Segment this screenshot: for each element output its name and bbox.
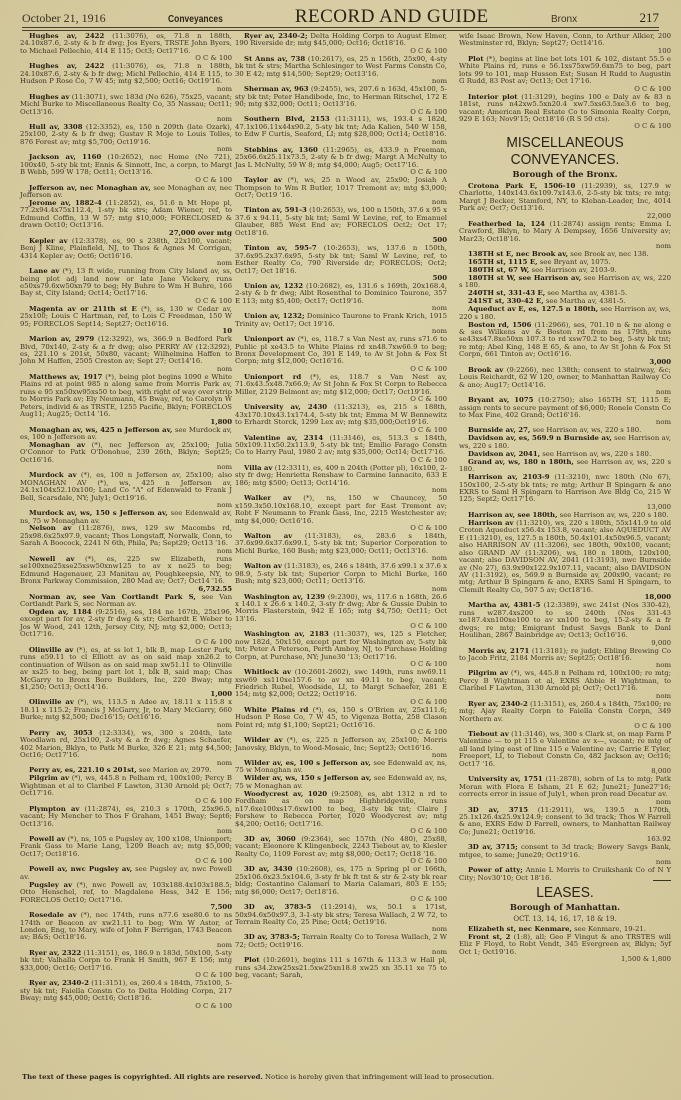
entry-address: Perry av, es, 221.10 s 201st,	[29, 766, 137, 774]
borough-label: Bronx	[551, 14, 577, 25]
listing-entry: Lane av (*), 13 ft wide, running from Ci…	[20, 268, 232, 305]
listing-entry: Olinville av (*), ws, 113.5 n Adee av, 1…	[20, 699, 232, 729]
listing-entry: Bryant av, 1075 (10:2750); also 165TH ST…	[459, 397, 671, 427]
listing-entry: Wilder av (*), es, 225 n Jefferson av, 2…	[235, 737, 447, 759]
listing-entry: Monaghan av (*), nec Jefferson av, 25x10…	[20, 442, 232, 472]
listing-entry: Boston rd, 1506 (11:2966), ses, 701.10 n…	[459, 322, 671, 367]
listing-entry: 3D av, 3783-5; Terrain Realty Co to Tere…	[235, 934, 447, 956]
listing-entry: Washington av, 2183 (11:3037), ws, 125 s…	[235, 631, 447, 668]
misc-borough-heading: Borough of the Bronx.	[459, 169, 671, 180]
issue-date: October 21, 1916	[22, 11, 106, 26]
listing-entry: White Plains rd (*), es, 150 s O'Brien a…	[235, 707, 447, 737]
entry-details: see Kenmare, 19-21.	[572, 925, 646, 933]
listing-entry: Wilder av, es, 100 s Jefferson av, see E…	[235, 760, 447, 775]
listing-entry: Murdock av (*), es, 100 n Jefferson av, …	[20, 472, 232, 509]
listing-entry: Brook av (9:2266), nec 138th; consent to…	[459, 367, 671, 397]
listing-entry: 3D av, 3715; consent to 3d track; Bowery…	[459, 844, 671, 866]
listing-entry: Norman av, see Van Cortlandt Park S, see…	[20, 594, 232, 609]
listing-entry: Marion av, 2979 (12:3292), ws, 366.9 n B…	[20, 336, 232, 373]
newspaper-page: October 21, 1916 Conveyances RECORD AND …	[0, 0, 681, 1100]
listing-entry: Sherman av, 963 (9:2455), ws, 207.6 n 16…	[235, 86, 447, 116]
leases-heading: LEASES.	[467, 884, 662, 901]
listing-entry: St Anns av, 738 (10:2617), es, 25 n 156t…	[235, 56, 447, 86]
listing-entry: Morris av, 2171 (11:3181); re judgt; Ebl…	[459, 648, 671, 670]
entry-address: 241ST st, 330-42 E,	[468, 297, 544, 305]
entry-amount: O C & 100	[20, 1003, 232, 1010]
listing-entry: Unionport rd (*), es, 118.7 s Van Nest a…	[235, 374, 447, 404]
entry-address: Powell av, nwc Pugsley av,	[29, 865, 132, 873]
column-middle: Ryer av, 2340-2; Delta Holding Corpn to …	[235, 33, 447, 980]
page-number: 217	[639, 10, 659, 26]
listing-entry: Nelson av (11:2876), nws, 129 sw Macombs…	[20, 525, 232, 555]
listing-entry: 3D av, 3715 (11:2911), ws, 139.5 n 170th…	[459, 807, 671, 844]
entry-details: see Martha av, 4381-5.	[544, 297, 626, 305]
listing-entry: Perry av, 3053 (12:3334), ws, 300 s 204t…	[20, 730, 232, 767]
entry-details: see Bryant av, 1075.	[538, 258, 611, 266]
listing-entry: Martha av, 4381-5 (12:3389), swc 241st (…	[459, 602, 671, 647]
listing-entry: Hughes av, 2422 (11:3076), es, 71.8 n 18…	[20, 33, 232, 63]
entry-details: see Harrison av, ws, 220 s 180.	[557, 511, 668, 519]
listing-entry: Monaghan av, ws, 425 n Jefferson av, see…	[20, 427, 232, 442]
listing-entry: Hughes av, 2422 (11:3076), es, 71.8 n 18…	[20, 63, 232, 93]
listing-entry: Matthews av, 1917 (*), being plot begins…	[20, 374, 232, 426]
entry-address: 138TH st E, nec Brook av,	[468, 250, 568, 258]
listing-entry: Hull av, 3308 (12:3352), es, 150 n 209th…	[20, 124, 232, 154]
listing-entry: Jackson av, 1160 (10:2652), nec Home (No…	[20, 154, 232, 184]
listing-entry: Ryer av, 2340-2 (11:3151), es, 260.4 s 1…	[459, 701, 671, 731]
listing-entry: Jefferson av, nec Monaghan av, see Monag…	[20, 185, 232, 200]
entry-address: 180TH st, 67 W,	[468, 266, 529, 274]
listing-entry: Murdock av, ws, 150 s Jefferson av, see …	[20, 510, 232, 525]
entry-details: (*), es, at ss lot 1, blk B, map Lester …	[20, 646, 232, 691]
entry-address: Grand av, ws, 180 n 180th,	[468, 458, 574, 466]
conveyance-entries-continued: wife Isaac Brown, New Haven, Conn, to Ar…	[459, 33, 671, 131]
listing-entry: 3D av, 3060 (9:2364), sec 157th (No 480)…	[235, 836, 447, 866]
listing-entry: Tinton av, 595-7 (10:2653), ws, 137.6 n …	[235, 245, 447, 282]
entry-address: 180TH st W, see Harrison av,	[468, 274, 581, 282]
header-rule-double	[22, 30, 659, 31]
column-left: Hughes av, 2422 (11:3076), es, 71.8 n 18…	[20, 33, 232, 1010]
listing-entry: Harrison av (11:3210), ws, 220 s 180th, …	[459, 520, 671, 602]
copyright-normal-text: Notice is hereby given that infringement…	[263, 1073, 494, 1081]
section-name: Conveyances	[168, 14, 223, 25]
misc-conveyance-entries: Crotona Park E, 1506-10 (11:2939), ss, 1…	[459, 183, 671, 882]
copyright-bold-text: The text of these pages is copyrighted. …	[22, 1073, 263, 1081]
listing-entry: Olinville av (*), es, at ss lot 1, blk B…	[20, 647, 232, 699]
entry-address: 165TH st, 1115 E,	[468, 258, 538, 266]
leases-dates: OCT. 13, 14, 16, 17, 18 & 19.	[459, 916, 671, 923]
entry-amount: 1,500 & 1,800	[459, 956, 671, 963]
listing-entry: Ryer av, 2340-2; Delta Holding Corpn to …	[235, 33, 447, 55]
entry-details: see Harrison av, 2103-9.	[529, 266, 616, 274]
listing-entry: University av, 1751 (11:2878), sobrn of …	[459, 776, 671, 806]
listing-entry: Aqueduct av E, es, 127.5 n 180th, see Ha…	[459, 306, 671, 321]
listing-entry: Grand av, ws, 180 n 180th, see Harrison …	[459, 459, 671, 474]
entry-details: see Martha av, 4381-5.	[545, 289, 627, 297]
listing-entry: Rosedale av (*), nec 174th, runs n77.6 x…	[20, 912, 232, 949]
copyright-notice: The text of these pages is copyrighted. …	[22, 1073, 659, 1081]
listing-entry: Washington av, 1239 (9:2390), ws, 117.6 …	[235, 594, 447, 631]
listing-entry: Powell av (*), ns, 105 e Pugsley av, 100…	[20, 836, 232, 866]
entry-address: Elizabeth st, nec Kenmare,	[468, 925, 572, 933]
entry-details: see Harrison av, ws, 220 s 180.	[530, 426, 641, 434]
entry-details: (*), begins at line bet lots 101 & 102, …	[459, 55, 671, 85]
listing-entry: Pilgrim av (*), ws, 445.8 n Pelham rd, 1…	[20, 775, 232, 805]
listing-entry: Union av, 1232; Dominico Taurone to Fran…	[235, 313, 447, 335]
listing-entry: Newell av (*), es, 225 sw Elizabeth, run…	[20, 556, 232, 593]
entry-address: Davidson av, 2041,	[468, 450, 540, 458]
listing-entry: Ogden av, 1184 (9:2516), ses, 184 ne 167…	[20, 609, 232, 646]
lease-entries: Elizabeth st, nec Kenmare, see Kenmare, …	[459, 926, 671, 964]
listing-entry: Jerome av, 1882-4 (11:2852), es, 51.6 n …	[20, 200, 232, 237]
entry-details: see Brook av, nec 138.	[568, 250, 649, 258]
listing-entry: Walker av (*), ns, 150 w Chauncey, 50 x1…	[235, 495, 447, 532]
entry-address: Harrison av, see 180th,	[468, 511, 557, 519]
listing-entry: 180TH st W, see Harrison av, see Harriso…	[459, 275, 671, 290]
listing-entry: Power of atty; Annie L Morris to Cruiksh…	[459, 867, 671, 882]
entry-details: (*), being plot begins 1090 e White Plai…	[20, 373, 232, 418]
listing-entry: Walton av (11:3183), es, 283.6 s 184th, …	[235, 533, 447, 563]
entry-amount: O C & 100	[459, 123, 671, 130]
entry-details: wife Isaac Brown, New Haven, Conn, to Ar…	[459, 32, 671, 47]
listing-entry: Tinton av, 591-3 (10:2653), ws, 100 n 15…	[235, 207, 447, 244]
listing-entry: Whitlock av (10:2601-2602), swc 149th, r…	[235, 669, 447, 706]
listing-entry: Front st, 2 (1:8), all; Geo F Vingut & a…	[459, 934, 671, 964]
listing-entry: wife Isaac Brown, New Haven, Conn, to Ar…	[459, 33, 671, 55]
header-rule	[22, 27, 659, 28]
listing-entry: Taylor av (*), ws, 25 n Wood av, 25x90; …	[235, 177, 447, 207]
listing-entry: Powell av, nwc Pugsley av, see Pugsley a…	[20, 866, 232, 881]
listing-entry: Hughes av (11:3071), swc 183d (No 626), …	[20, 94, 232, 124]
listing-entry: Featherbed la, 124 (11:2874) assign rent…	[459, 221, 671, 251]
listing-entry: Ryer av, 2340-2 (11:3151), es, 260.4 s 1…	[20, 980, 232, 1010]
page-header: October 21, 1916 Conveyances RECORD AND …	[22, 6, 659, 28]
listing-entry: Unionport av (*), es, 118.7 s Van Nest a…	[235, 336, 447, 373]
column-right: wife Isaac Brown, New Haven, Conn, to Ar…	[459, 33, 671, 964]
entry-details: see Harrison av, ws, 220 s 180.	[540, 450, 651, 458]
listing-entry: 3D av, 3430 (10:2608), es, 175 n Spring …	[235, 866, 447, 903]
listing-entry: Harrison av, 2103-9 (11:3210), nwc 180th…	[459, 474, 671, 511]
entry-details: see Marion av, 2979.	[137, 766, 212, 774]
listing-entry: Union av, 1232 (10:2682), es, 131.6 s 16…	[235, 283, 447, 313]
listing-entry: Pilgrim av (*), ws, 445.8 n Pelham rd, 1…	[459, 670, 671, 700]
listing-entry: Plot (10:2691), begins 111 s 167th & 113…	[235, 957, 447, 979]
listing-entry: Ryer av, 2322 (11:3151), es, 186.9 n 183…	[20, 950, 232, 980]
listing-entry: University av, 2430 (11:3213), es, 215 s…	[235, 404, 447, 434]
section-end-rule	[653, 880, 671, 881]
listing-entry: Kepler av (12:3378), es, 90 s 238th, 22x…	[20, 238, 232, 268]
entry-address: 240TH st, 331-43 E,	[468, 289, 545, 297]
leases-borough-heading: Borough of Manhattan.	[459, 902, 671, 913]
listing-entry: Woodycrest av, 1020 (9:2508), es, abt 13…	[235, 791, 447, 836]
listing-entry: Plympton av (11:2874), es, 210.3 s 170th…	[20, 806, 232, 836]
listing-entry: Wilder av, ws, 150 s Jefferson av, see E…	[235, 775, 447, 790]
listing-entry: Davidson av, es, 569.9 n Burnside av, se…	[459, 435, 671, 450]
listing-entry: Interior plot (11:3129), begins 100 e Da…	[459, 94, 671, 131]
entry-address: Burnside av, 27,	[468, 426, 530, 434]
listing-entry: Crotona Park E, 1506-10 (11:2939), ss, 1…	[459, 183, 671, 220]
listing-entry: Stebbins av, 1360 (11:2965), es, 433.9 n…	[235, 147, 447, 177]
listing-entry: Magenta av or 211th st E (*), ss, 130 w …	[20, 306, 232, 336]
listing-entry: 3D av, 3783-5 (11:2914), ws, 50.1 s 171s…	[235, 904, 447, 934]
misc-conveyances-heading: MISCELLANEOUS CONVEYANCES.	[467, 134, 662, 168]
listing-entry: Villa av (12:3311), es, 409 n 204th (Pot…	[235, 465, 447, 495]
listing-entry: Tiebout av (11:3146), ws, 300 s Clark st…	[459, 731, 671, 776]
listing-entry: Valentine av, 2314 (11:3146), es, 513.3 …	[235, 435, 447, 465]
listing-entry: Plot (*), begins at line bet lots 101 & …	[459, 56, 671, 93]
entry-details: (10:2691), begins 111 s 167th & 113.3 w …	[235, 956, 447, 979]
listing-entry: Walton av (11:3183), es, 246 s 184th, 37…	[235, 563, 447, 593]
listing-entry: Southern Blvd, 2153 (11:3111), ws, 193.4…	[235, 116, 447, 146]
listing-entry: Pugsley av (*), nwc Powell av, 103x188.4…	[20, 882, 232, 912]
publication-title: RECORD AND GUIDE	[295, 6, 489, 28]
entry-details: (11:3210), ws, 220 s 180th, 55x141.9 to …	[459, 519, 671, 594]
